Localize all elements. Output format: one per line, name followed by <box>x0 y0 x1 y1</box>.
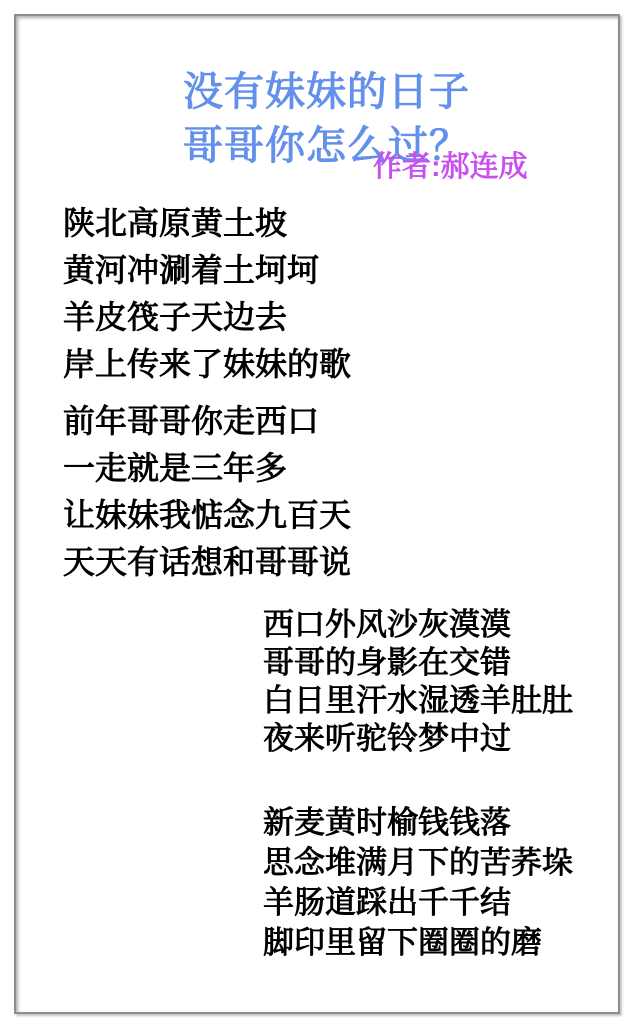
stanza-3: 西口外风沙灰漠漠 哥哥的身影在交错 白日里汗水湿透羊肚肚 夜来听驼铃梦中过 <box>263 606 573 758</box>
poem-line: 让妹妹我惦念九百天 <box>63 492 351 539</box>
poem-line: 黄河冲涮着土坷坷 <box>63 247 351 294</box>
poem-line: 白日里汗水湿透羊肚肚 <box>263 682 573 720</box>
stanza-2: 前年哥哥你走西口 一走就是三年多 让妹妹我惦念九百天 天天有话想和哥哥说 <box>63 398 351 586</box>
poem-line: 哥哥的身影在交错 <box>263 644 573 682</box>
poem-line: 羊皮筏子天边去 <box>63 294 351 341</box>
poem-line: 前年哥哥你走西口 <box>63 398 351 445</box>
poem-title-line-1: 没有妹妹的日子 <box>183 65 470 119</box>
poem-line: 岸上传来了妹妹的歌 <box>63 341 351 388</box>
poem-line: 西口外风沙灰漠漠 <box>263 606 573 644</box>
poem-line: 脚印里留下圈圈的磨 <box>263 923 573 963</box>
author-credit: 作者:郝连成 <box>373 144 528 185</box>
poem-line: 新麦黄时榆钱钱落 <box>263 803 573 843</box>
poem-line: 天天有话想和哥哥说 <box>63 539 351 586</box>
stanza-1: 陕北高原黄土坡 黄河冲涮着土坷坷 羊皮筏子天边去 岸上传来了妹妹的歌 <box>63 200 351 388</box>
poem-page: { "page": { "background_color": "#ffffff… <box>0 0 627 1026</box>
poem-line: 思念堆满月下的苦荞垛 <box>263 843 573 883</box>
poem-line: 夜来听驼铃梦中过 <box>263 720 573 758</box>
poem-line: 陕北高原黄土坡 <box>63 200 351 247</box>
poem-line: 羊肠道踩出千千结 <box>263 883 573 923</box>
poem-line: 一走就是三年多 <box>63 445 351 492</box>
stanza-4: 新麦黄时榆钱钱落 思念堆满月下的苦荞垛 羊肠道踩出千千结 脚印里留下圈圈的磨 <box>263 803 573 963</box>
